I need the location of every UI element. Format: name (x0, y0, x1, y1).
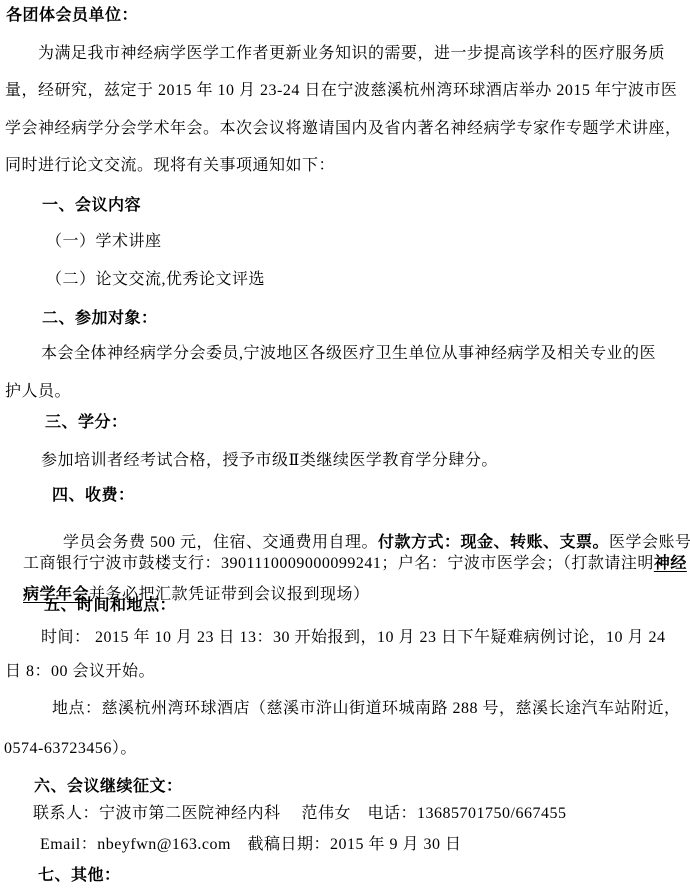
section-7-heading: 七、其他： (38, 867, 121, 884)
section-5-place-line-2: 0574-63723456）。 (4, 740, 137, 757)
intro-line-1: 为满足我市神经病学医学工作者更新业务知识的需要，进一步提高该学科的医疗服务质 (38, 45, 665, 62)
document-page: 各团体会员单位： 为满足我市神经病学医学工作者更新业务知识的需要，进一步提高该学… (0, 0, 690, 889)
section-1-heading: 一、会议内容 (42, 197, 141, 214)
section-5-place-line-1: 地点：慈溪杭州湾环球酒店（慈溪市浒山街道环城南路 288 号，慈溪长途汽车站附近… (52, 700, 681, 717)
section-1-item-2: （二）论文交流,优秀论文评选 (46, 271, 265, 288)
intro-line-2: 量，经研究，兹定于 2015 年 10 月 23-24 日在宁波慈溪杭州湾环球酒… (5, 82, 677, 99)
section-6-heading: 六、会议继续征文： (34, 778, 183, 795)
section-2-line-1: 本会全体神经病学分会委员,宁波地区各级医疗卫生单位从事神经病学及相关专业的医 (41, 345, 656, 362)
salutation: 各团体会员单位： (6, 7, 138, 24)
intro-line-4: 同时进行论文交流。现将有关事项通知如下： (5, 157, 335, 174)
section-6-email-line: Email：nbeyfwn@163.com 截稿日期：2015 年 9 月 30… (40, 836, 461, 853)
section-1-item-1: （一）学术讲座 (46, 233, 162, 250)
section-4-heading: 四、收费： (52, 487, 135, 504)
remittance-note-keyword-part1: 神经 (654, 555, 687, 572)
section-6-contact-line: 联系人：宁波市第二医院神经内科 范伟女 电话：13685701750/66745… (33, 805, 566, 822)
intro-line-3: 学会神经病学分会学术年会。本次会议将邀请国内及省内著名神经病学专家作专题学术讲座… (5, 120, 682, 137)
section-2-line-2: 护人员。 (5, 383, 71, 400)
section-3-heading: 三、学分： (45, 414, 128, 431)
section-5-heading: 五、时间和地点： (44, 597, 176, 614)
section-5-time-line-1: 时间： 2015 年 10 月 23 日 13：30 开始报到，10 月 23 … (41, 629, 666, 646)
section-5-time-line-2: 日 8：00 会议开始。 (5, 663, 155, 680)
section-3-line-1: 参加培训者经考试合格，授予市级Ⅱ类继续医学教育学分肆分。 (41, 452, 498, 469)
section-2-heading: 二、参加对象： (42, 310, 158, 327)
